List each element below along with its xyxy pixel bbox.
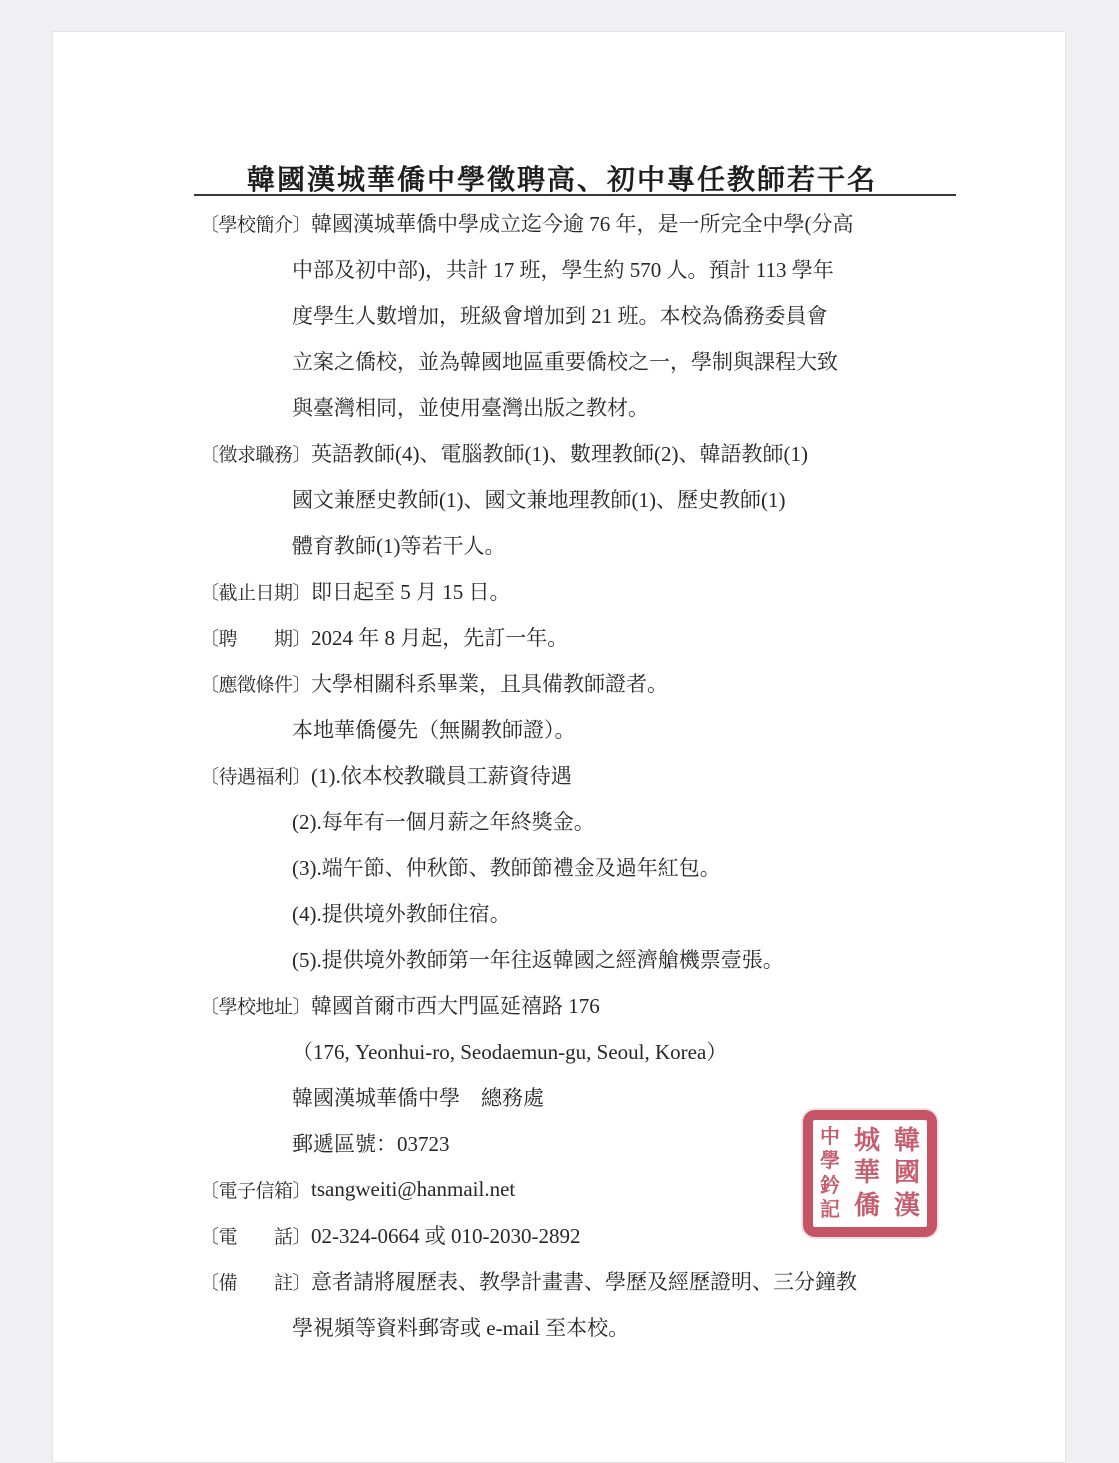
seal-character: 韓	[894, 1128, 920, 1154]
line-text: 本地華僑優先（無關教師證）。	[292, 714, 1012, 744]
section-label: 〔聘 期〕	[200, 624, 311, 651]
continuation-line: （176, Yeonhui-ro, Seodaemun-gu, Seoul, K…	[200, 1028, 1012, 1074]
line-text: 意者請將履歷表、教學計畫書、學歷及經歷證明、三分鐘教	[311, 1266, 1012, 1296]
seal-column: 城華僑	[854, 1125, 880, 1222]
continuation-line: (4).提供境外教師住宿。	[200, 890, 1012, 936]
continuation-line: 與臺灣相同，並使用臺灣出版之教材。	[200, 384, 1012, 430]
section-label: 〔備 註〕	[200, 1268, 311, 1295]
line-text: 立案之僑校，並為韓國地區重要僑校之一，學制與課程大致	[292, 346, 1012, 376]
line-text: (2).每年有一個月薪之年終獎金。	[292, 806, 1012, 836]
title-underline	[194, 194, 956, 196]
line-text: 韓國漢城華僑中學成立迄今逾 76 年，是一所完全中學(分高	[311, 208, 1012, 238]
section-label: 〔學校簡介〕	[200, 210, 311, 237]
line-text: (3).端午節、仲秋節、教師節禮金及過年紅包。	[292, 852, 1012, 882]
line-text: (1).依本校教職員工薪資待遇	[311, 760, 1012, 790]
line-text: 2024 年 8 月起，先訂一年。	[311, 622, 1012, 652]
line-text: 度學生人數增加，班級會增加到 21 班。本校為僑務委員會	[292, 300, 1012, 330]
continuation-line: 立案之僑校，並為韓國地區重要僑校之一，學制與課程大致	[200, 338, 1012, 384]
line-text: 大學相關科系畢業，且具備教師證者。	[311, 668, 1012, 698]
line-text: 國文兼歷史教師(1)、國文兼地理教師(1)、歷史教師(1)	[292, 484, 1012, 514]
section-label: 〔學校地址〕	[200, 992, 311, 1019]
continuation-line: 國文兼歷史教師(1)、國文兼地理教師(1)、歷史教師(1)	[200, 476, 1012, 522]
seal-column: 韓國漢	[894, 1125, 920, 1222]
line-text: 與臺灣相同，並使用臺灣出版之教材。	[292, 392, 1012, 422]
seal-character: 中	[820, 1127, 840, 1147]
section-label: 〔截止日期〕	[200, 578, 311, 605]
section-label: 〔電 話〕	[200, 1222, 311, 1249]
seal-character: 鈐	[820, 1176, 840, 1196]
scanned-document-viewer: { "document": { "title": "韓國漢城華僑中學徵聘高、初中…	[0, 0, 1119, 1463]
section-line: 〔備 註〕意者請將履歷表、教學計畫書、學歷及經歷證明、三分鐘教	[200, 1258, 1012, 1304]
line-text: 中部及初中部)，共計 17 班，學生約 570 人。預計 113 學年	[292, 254, 1012, 284]
seal-character: 學	[820, 1151, 840, 1171]
seal-character: 國	[894, 1160, 920, 1186]
school-seal-stamp: 韓國漢城華僑中學鈐記	[803, 1110, 937, 1237]
continuation-line: (5).提供境外教師第一年往返韓國之經濟艙機票壹張。	[200, 936, 1012, 982]
seal-character: 僑	[854, 1193, 880, 1219]
section-line: 〔聘 期〕2024 年 8 月起，先訂一年。	[200, 614, 1012, 660]
continuation-line: (2).每年有一個月薪之年終獎金。	[200, 798, 1012, 844]
continuation-line: 體育教師(1)等若干人。	[200, 522, 1012, 568]
seal-character: 漢	[894, 1193, 920, 1219]
continuation-line: 本地華僑優先（無關教師證）。	[200, 706, 1012, 752]
seal-character: 華	[854, 1160, 880, 1186]
line-text: 韓國首爾市西大門區延禧路 176	[311, 990, 1012, 1020]
continuation-line: (3).端午節、仲秋節、教師節禮金及過年紅包。	[200, 844, 1012, 890]
line-text: 即日起至 5 月 15 日。	[311, 576, 1012, 606]
continuation-line: 中部及初中部)，共計 17 班，學生約 570 人。預計 113 學年	[200, 246, 1012, 292]
section-label: 〔待遇福利〕	[200, 762, 311, 789]
seal-character: 城	[854, 1128, 880, 1154]
line-text: （176, Yeonhui-ro, Seodaemun-gu, Seoul, K…	[292, 1036, 1012, 1066]
section-line: 〔徵求職務〕英語教師(4)、電腦教師(1)、數理教師(2)、韓語教師(1)	[200, 430, 1012, 476]
section-line: 〔應徵條件〕大學相關科系畢業，且具備教師證者。	[200, 660, 1012, 706]
section-line: 〔學校地址〕韓國首爾市西大門區延禧路 176	[200, 982, 1012, 1028]
line-text: 學視頻等資料郵寄或 e-mail 至本校。	[292, 1312, 1012, 1342]
line-text: (5).提供境外教師第一年往返韓國之經濟艙機票壹張。	[292, 944, 1012, 974]
line-text: (4).提供境外教師住宿。	[292, 898, 1012, 928]
section-label: 〔徵求職務〕	[200, 440, 311, 467]
section-label: 〔電子信箱〕	[200, 1176, 311, 1203]
document-page: 韓國漢城華僑中學徵聘高、初中專任教師若干名 〔學校簡介〕韓國漢城華僑中學成立迄今…	[52, 31, 1066, 1463]
section-label: 〔應徵條件〕	[200, 670, 311, 697]
section-line: 〔學校簡介〕韓國漢城華僑中學成立迄今逾 76 年，是一所完全中學(分高	[200, 200, 1012, 246]
section-line: 〔截止日期〕即日起至 5 月 15 日。	[200, 568, 1012, 614]
seal-character: 記	[820, 1200, 840, 1220]
line-text: 韓國漢城華僑中學 總務處	[292, 1082, 1012, 1112]
continuation-line: 度學生人數增加，班級會增加到 21 班。本校為僑務委員會	[200, 292, 1012, 338]
section-line: 〔待遇福利〕(1).依本校教職員工薪資待遇	[200, 752, 1012, 798]
line-text: 體育教師(1)等若干人。	[292, 530, 1012, 560]
continuation-line: 學視頻等資料郵寄或 e-mail 至本校。	[200, 1304, 1012, 1350]
line-text: 英語教師(4)、電腦教師(1)、數理教師(2)、韓語教師(1)	[311, 438, 1012, 468]
seal-column: 中學鈐記	[820, 1125, 840, 1222]
